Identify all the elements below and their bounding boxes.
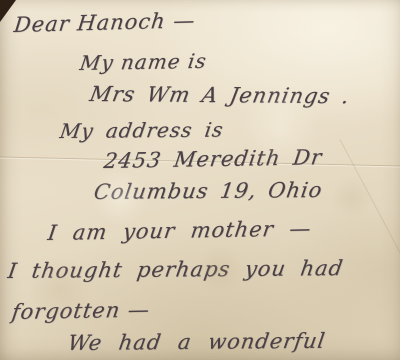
letter-photo: Dear Hanoch — My name is Mrs Wm A Jennin… [0, 0, 400, 360]
paper-corner-shadow [0, 0, 16, 22]
letter-line-my-name: My name is [78, 49, 208, 75]
diagonal-crease [339, 139, 400, 272]
letter-line-wonderful: We had a wonderful [66, 329, 327, 355]
letter-line-address-intro: My address is [58, 118, 225, 143]
letter-line-name: Mrs Wm A Jennings . [88, 82, 352, 108]
letter-line-thought: I thought perhaps you had [6, 256, 345, 283]
letter-line-forgotten: forgotten — [10, 298, 151, 324]
salutation-line: Dear Hanoch — [13, 8, 197, 37]
letter-line-mother: I am your mother — [46, 216, 313, 245]
letter-line-city: Columbus 19, Ohio [92, 178, 324, 204]
letter-line-street: 2453 Meredith Dr [102, 145, 324, 173]
